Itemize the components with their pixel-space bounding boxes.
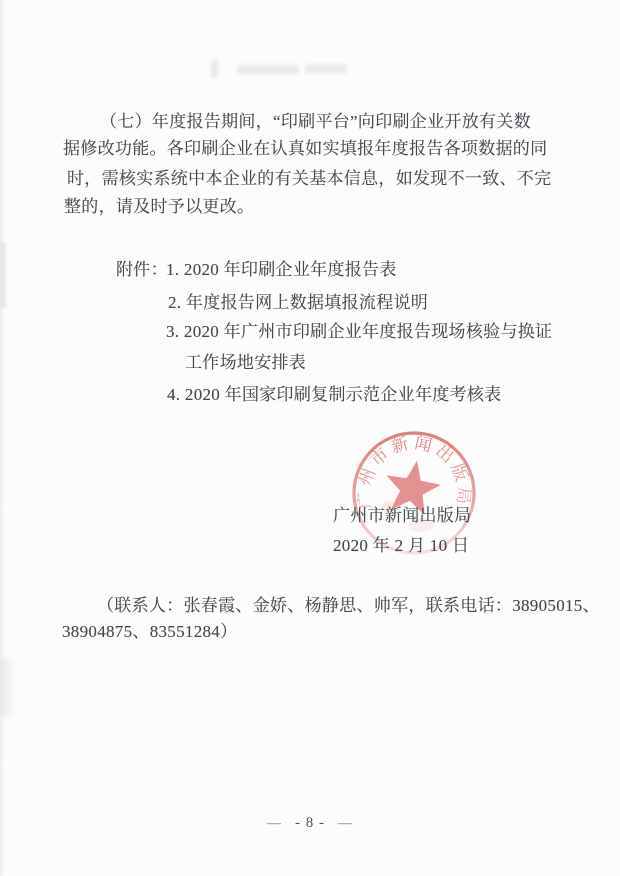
contact-line: （联系人：张春霞、金娇、杨静思、帅军，联系电话：38905015、 (97, 596, 600, 615)
scan-artifact (0, 658, 15, 716)
bleedthrough-smudge (205, 56, 350, 88)
paragraph-line: （七）年度报告期间，“印刷平台”向印刷企业开放有关数 (100, 112, 531, 131)
footer-dash-left: — (267, 816, 282, 832)
attachment-item: 3. 2020 年广州市印刷企业年度报告现场核验与换证 (166, 322, 552, 341)
attachment-label: 附件： (116, 260, 168, 279)
paragraph-line: 据修改功能。各印刷企业在认真如实填报年度报告各项数据的同 (63, 139, 547, 158)
page-number: - 8 - (295, 815, 325, 832)
scanned-document-page: （七）年度报告期间，“印刷平台”向印刷企业开放有关数据修改功能。各印刷企业在认真… (0, 0, 620, 876)
attachment-item: 2. 年度报告网上数据填报流程说明 (168, 293, 428, 312)
contact-line: 38904875、83551284） (62, 622, 237, 641)
issuing-agency: 广州市新闻出版局 (333, 506, 471, 525)
attachment-item: 1. 2020 年印刷企业年度报告表 (166, 260, 397, 279)
attachment-item: 4. 2020 年国家印刷复制示范企业年度考核表 (167, 385, 501, 404)
footer-dash-right: — (338, 816, 353, 832)
scan-artifact (0, 242, 6, 308)
paragraph-line: 时，需核实系统中本企业的有关基本信息，如发现不一致、不完 (67, 169, 551, 188)
page-footer: — - 8 - — (0, 815, 620, 832)
issue-date: 2020 年 2 月 10 日 (333, 536, 469, 555)
paragraph-line: 整的，请及时予以更改。 (64, 197, 254, 216)
scan-edge-shadow (0, 0, 5, 876)
attachment-item: 工作场地安排表 (185, 353, 306, 372)
